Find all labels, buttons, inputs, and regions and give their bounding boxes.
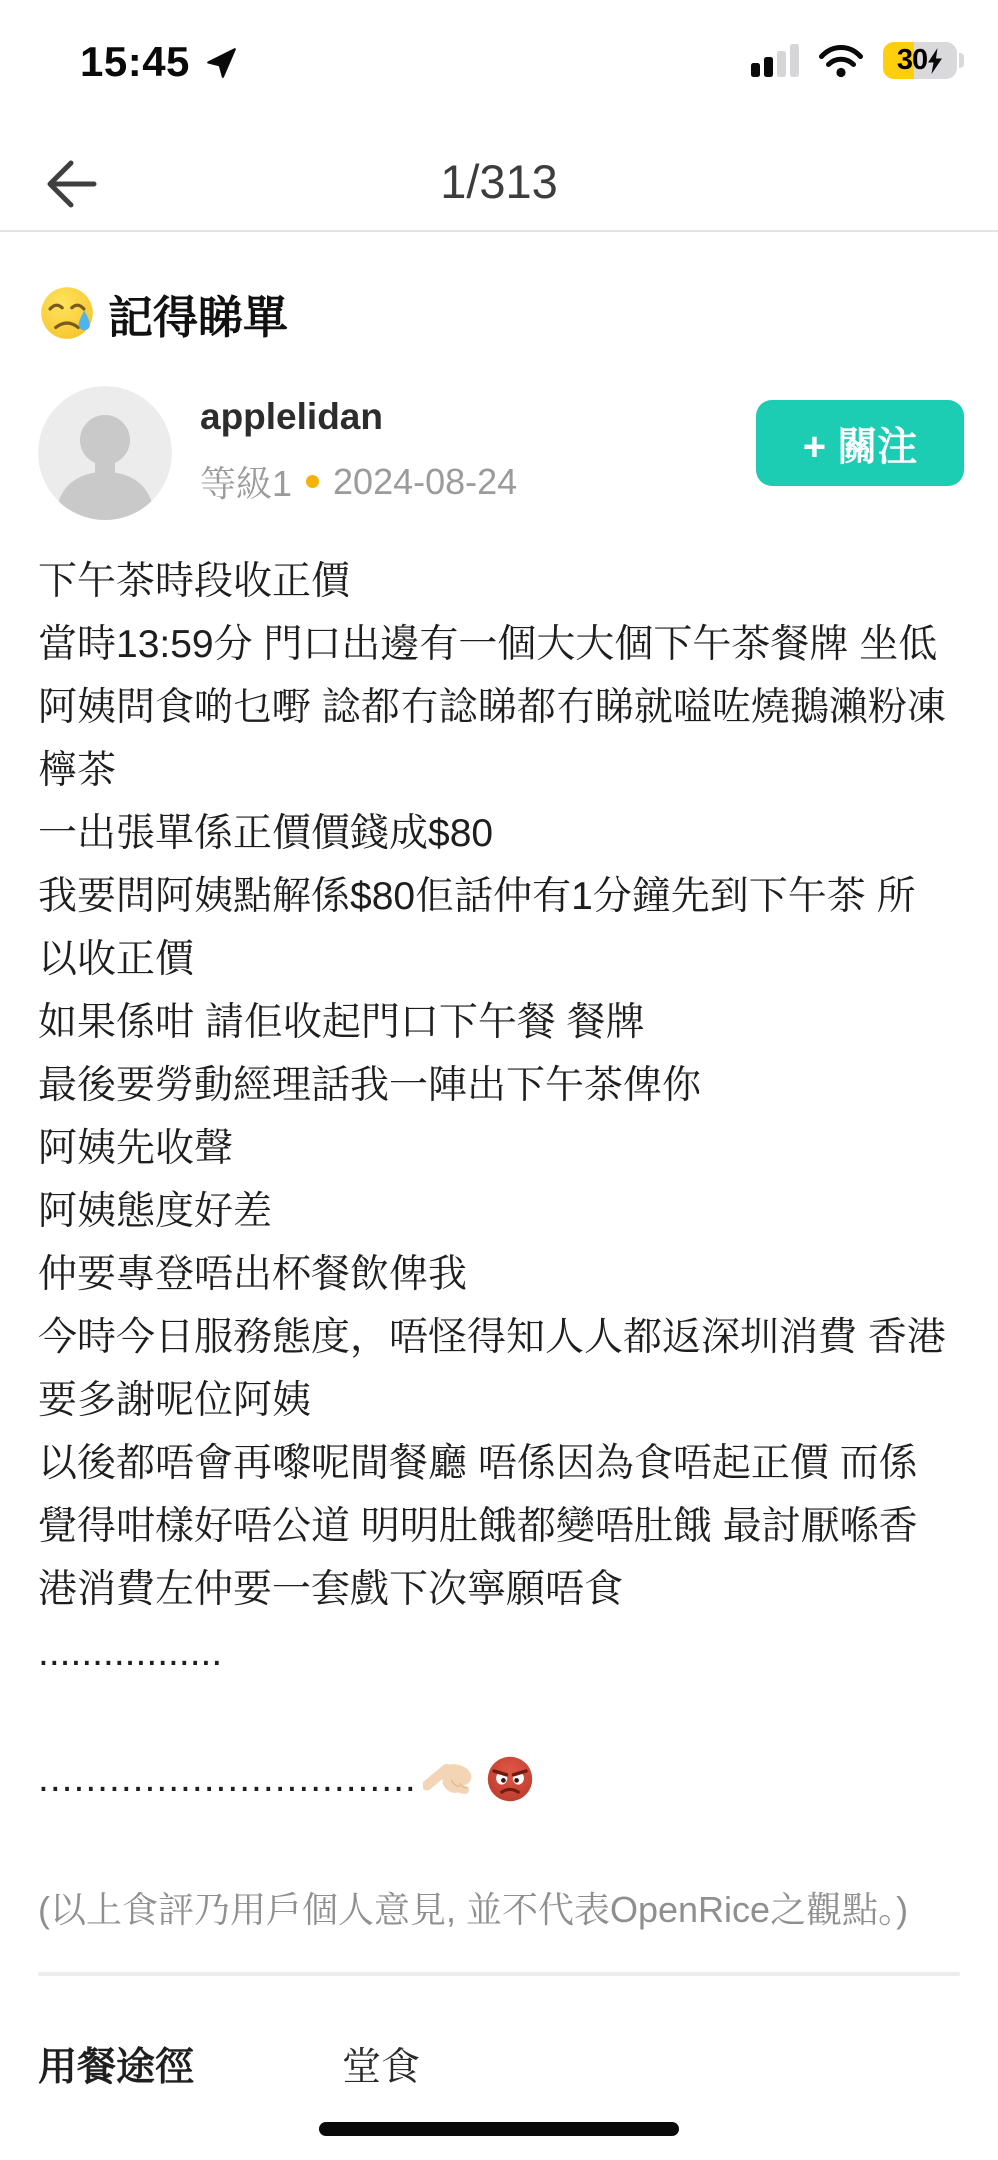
dining-method-value: 堂食: [342, 2036, 420, 2092]
nav-divider: [0, 230, 998, 232]
clock: 15:45: [80, 38, 190, 86]
screen: 15:45 30: [0, 0, 998, 2160]
battery-percent: 30: [897, 44, 927, 77]
review-date: 2024-08-24: [333, 461, 517, 503]
separator-dot-icon: [306, 475, 319, 488]
username[interactable]: applelidan: [200, 396, 517, 438]
review-line: 下午茶時段收正價: [38, 550, 960, 613]
cellular-signal-icon: [751, 44, 799, 77]
review-line: 當時13:59分 門口出邊有一個大大個下午茶餐牌 坐低: [38, 613, 960, 676]
review-title: 記得睇單: [108, 281, 288, 346]
dining-method-row: 用餐途徑 堂食: [38, 2036, 960, 2092]
review-title-row: 記得睇單: [38, 280, 960, 346]
review-line: 最後要勞動經理話我一陣出下午茶俾你: [38, 1054, 960, 1117]
status-bar: 15:45 30: [0, 38, 998, 90]
location-arrow-icon: [204, 46, 238, 80]
review-line: 要多謝呢位阿姨: [38, 1369, 960, 1432]
user-meta: 等級1 2024-08-24: [200, 456, 517, 507]
review-line: 以後都唔會再嚟呢間餐廳 唔係因為食唔起正價 而係: [38, 1432, 960, 1495]
section-divider: [38, 1972, 960, 1976]
review-line: 檸茶: [38, 739, 960, 802]
crying-face-emoji: [38, 284, 96, 342]
review-line: 阿姨先收聲: [38, 1117, 960, 1180]
pointing-down-hand-emoji: [423, 1755, 475, 1803]
review-line: 如果係咁 請佢收起門口下午餐 餐牌: [38, 991, 960, 1054]
dots-text: ................................: [38, 1747, 417, 1810]
review-line: 覺得咁樣好唔公道 明明肚餓都變唔肚餓 最討厭喺香: [38, 1495, 960, 1558]
user-info: applelidan 等級1 2024-08-24: [200, 396, 517, 507]
review-line: 一出張單係正價價錢成$80: [38, 802, 960, 865]
review-line: 港消費左仲要一套戲下次寧願唔食: [38, 1558, 960, 1621]
review-line: 以收正價: [38, 928, 960, 991]
battery-icon: 30: [883, 42, 964, 79]
review-line: 今時今日服務態度，唔怪得知人人都返深圳消費 香港: [38, 1306, 960, 1369]
dining-method-label: 用餐途徑: [38, 2036, 342, 2092]
review-line: 我要問阿姨點解係$80佢話仲有1分鐘先到下午茶 所: [38, 865, 960, 928]
avatar[interactable]: [38, 386, 172, 520]
disclaimer: (以上食評乃用戶個人意見, 並不代表OpenRice之觀點。): [38, 1884, 960, 1936]
review-body: 下午茶時段收正價當時13:59分 門口出邊有一個大大個下午茶餐牌 坐低阿姨問食啲…: [38, 550, 960, 1684]
home-indicator[interactable]: [319, 2122, 679, 2136]
wifi-icon: [818, 44, 864, 78]
charging-bolt-icon: [927, 48, 943, 74]
review-line: 阿姨問食啲乜嘢 諗都冇諗睇都冇睇就嗌咗燒鵝瀨粉凍: [38, 676, 960, 739]
nav-bar: 1/313: [0, 140, 998, 230]
battery-cap: [959, 53, 964, 68]
review-line: 仲要專登唔出杯餐飲俾我: [38, 1243, 960, 1306]
review-line: .................: [38, 1621, 960, 1684]
user-level: 等級1: [200, 456, 292, 507]
enraged-face-emoji: [485, 1754, 535, 1804]
page-counter: 1/313: [0, 154, 998, 209]
review-content: 記得睇單 applelidan 等級1: [0, 238, 998, 2092]
user-row: applelidan 等級1 2024-08-24 + 關注: [38, 386, 960, 520]
review-line: 阿姨態度好差: [38, 1180, 960, 1243]
review-final-line: ................................: [38, 1747, 960, 1810]
follow-button[interactable]: + 關注: [756, 400, 964, 486]
